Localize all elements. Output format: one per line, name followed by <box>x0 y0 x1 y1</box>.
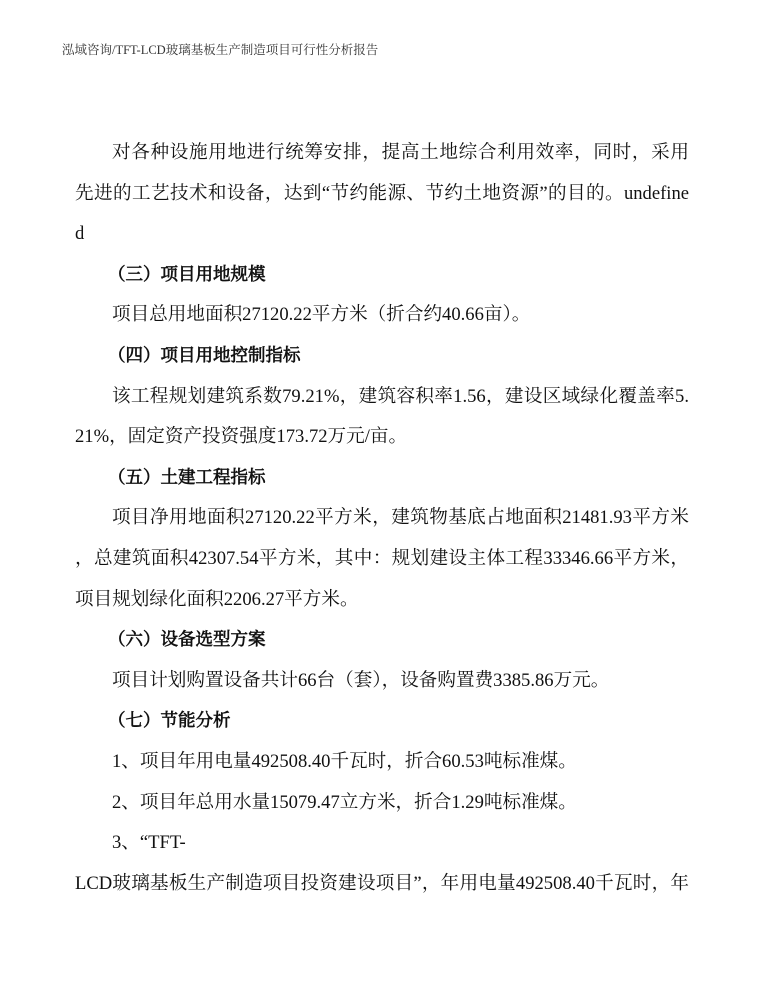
land-control-paragraph-line-2: 21%，固定资产投资强度173.72万元/亩。 <box>75 417 689 458</box>
intro-paragraph-line-3: d <box>75 214 689 255</box>
land-control-paragraph-line-1: 该工程规划建筑系数79.21%，建筑容积率1.56，建设区域绿化覆盖率5. <box>75 377 689 418</box>
section-heading-land-scale: （三）项目用地规模 <box>75 255 689 296</box>
civil-engineering-paragraph-line-1: 项目净用地面积27120.22平方米，建筑物基底占地面积21481.93平方米 <box>75 498 689 539</box>
civil-engineering-paragraph-line-2: ，总建筑面积42307.54平方米，其中：规划建设主体工程33346.66平方米… <box>75 539 689 580</box>
document-body: 对各种设施用地进行统筹安排，提高土地综合利用效率，同时，采用 先进的工艺技术和设… <box>75 133 689 904</box>
civil-engineering-paragraph-line-3: 项目规划绿化面积2206.27平方米。 <box>75 580 689 621</box>
page-header: 泓域咨询/TFT-LCD玻璃基板生产制造项目可行性分析报告 <box>62 40 378 58</box>
energy-item-3-line-1: 3、“TFT- <box>75 823 689 864</box>
equipment-paragraph: 项目计划购置设备共计66台（套），设备购置费3385.86万元。 <box>75 661 689 702</box>
land-scale-paragraph: 项目总用地面积27120.22平方米（折合约40.66亩）。 <box>75 295 689 336</box>
intro-paragraph-line-2: 先进的工艺技术和设备，达到“节约能源、节约土地资源”的目的。undefine <box>75 174 689 215</box>
section-heading-energy-saving: （七）节能分析 <box>75 701 689 742</box>
section-heading-equipment: （六）设备选型方案 <box>75 620 689 661</box>
energy-item-3-line-2: LCD玻璃基板生产制造项目投资建设项目”，年用电量492508.40千瓦时，年 <box>75 864 689 905</box>
intro-paragraph-line-1: 对各种设施用地进行统筹安排，提高土地综合利用效率，同时，采用 <box>75 133 689 174</box>
energy-item-2: 2、项目年总用水量15079.47立方米，折合1.29吨标准煤。 <box>75 783 689 824</box>
section-heading-land-control: （四）项目用地控制指标 <box>75 336 689 377</box>
energy-item-1: 1、项目年用电量492508.40千瓦时，折合60.53吨标准煤。 <box>75 742 689 783</box>
section-heading-civil-engineering: （五）土建工程指标 <box>75 458 689 499</box>
